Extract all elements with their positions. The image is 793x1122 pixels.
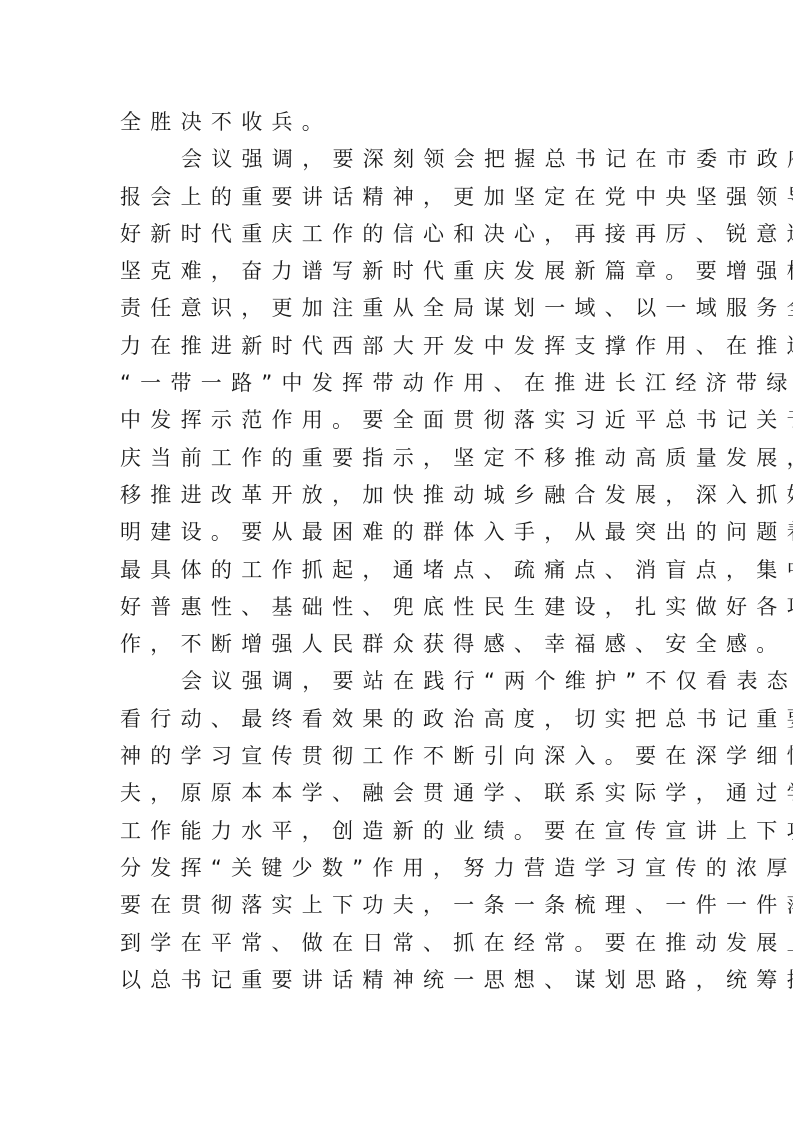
text-line: 好新时代重庆工作的信心和决心，再接再厉、锐意进取、攻 (120, 216, 680, 253)
text-line: 报会上的重要讲话精神，更加坚定在党中央坚强领导下、做 (120, 179, 680, 216)
text-line: 责任意识，更加注重从全局谋划一域、以一域服务全局，努 (120, 290, 680, 327)
text-line: 工作能力水平，创造新的业绩。要在宣传宣讲上下功夫，充 (120, 813, 680, 850)
document-body: 全胜决不收兵。 会议强调，要深刻领会把握总书记在市委市政府工作汇 报会上的重要讲… (120, 104, 680, 999)
paragraph-3: 会议强调，要站在践行“两个维护”不仅看表态、关键 看行动、最终看效果的政治高度，… (120, 663, 680, 999)
text-line: 以总书记重要讲话精神统一思想、谋划思路，统筹推进稳增 (120, 962, 680, 999)
text-line: 神的学习宣传贯彻工作不断引向深入。要在深学细悟上下功 (120, 738, 680, 775)
text-line: 坚克难，奋力谱写新时代重庆发展新篇章。要增强机遇意识、 (120, 253, 680, 290)
paragraph-1: 全胜决不收兵。 (120, 104, 680, 141)
text-line: 全胜决不收兵。 (120, 104, 680, 141)
text-line: 中发挥示范作用。要全面贯彻落实习近平总书记关于做好重 (120, 402, 680, 439)
text-line: 作，不断增强人民群众获得感、幸福感、安全感。 (120, 626, 680, 663)
document-page: 全胜决不收兵。 会议强调，要深刻领会把握总书记在市委市政府工作汇 报会上的重要讲… (0, 0, 793, 1122)
text-line: 会议强调，要站在践行“两个维护”不仅看表态、关键 (120, 663, 680, 700)
text-line: 移推进改革开放，加快推动城乡融合发展，深入抓好生态文 (120, 477, 680, 514)
paragraph-2: 会议强调，要深刻领会把握总书记在市委市政府工作汇 报会上的重要讲话精神，更加坚定… (120, 141, 680, 663)
text-line: 好普惠性、基础性、兜底性民生建设，扎实做好各项安全工 (120, 589, 680, 626)
text-line: 庆当前工作的重要指示，坚定不移推动高质量发展，坚定不 (120, 440, 680, 477)
text-line: 看行动、最终看效果的政治高度，切实把总书记重要讲话精 (120, 701, 680, 738)
text-line: 明建设。要从最困难的群体入手，从最突出的问题着眼，从 (120, 514, 680, 551)
text-line: “一带一路”中发挥带动作用、在推进长江经济带绿色发展 (120, 365, 680, 402)
text-line: 夫，原原本本学、融会贯通学、联系实际学，通过学习提高 (120, 775, 680, 812)
text-line: 到学在平常、做在日常、抓在经常。要在推动发展上下功夫， (120, 925, 680, 962)
text-line: 要在贯彻落实上下功夫，一条一条梳理、一件一件落实，做 (120, 887, 680, 924)
text-line: 最具体的工作抓起，通堵点、疏痛点、消盲点，集中全力做 (120, 552, 680, 589)
text-line: 分发挥“关键少数”作用，努力营造学习宣传的浓厚氛围。 (120, 850, 680, 887)
text-line: 会议强调，要深刻领会把握总书记在市委市政府工作汇 (120, 141, 680, 178)
text-line: 力在推进新时代西部大开发中发挥支撑作用、在推进共建 (120, 328, 680, 365)
